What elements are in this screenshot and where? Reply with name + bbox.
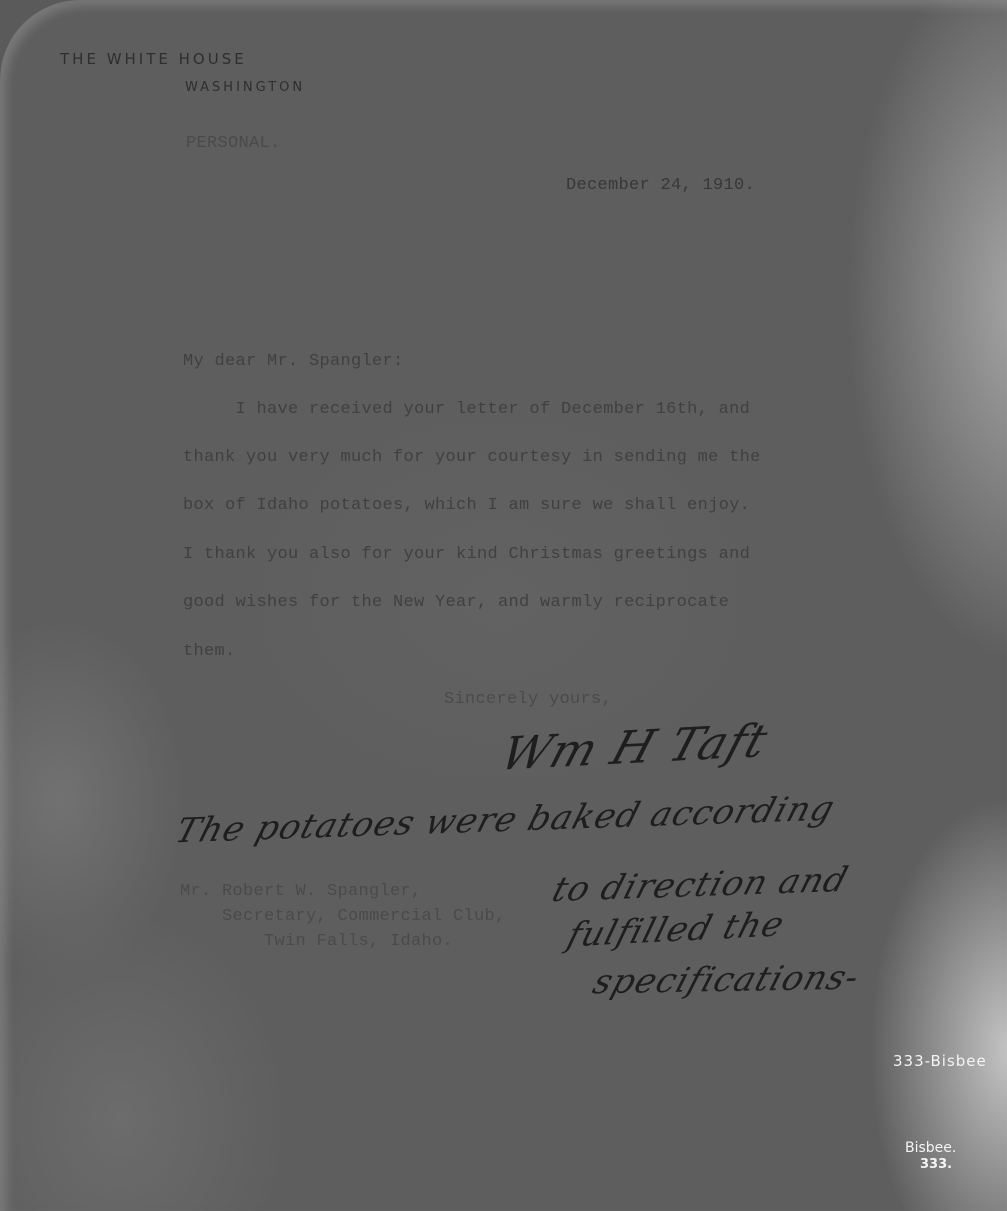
salutation: My dear Mr. Spangler:	[183, 352, 404, 371]
body-line: thank you very much for your courtesy in…	[183, 448, 761, 467]
body-line: I have received your letter of December …	[183, 400, 750, 419]
archive-label-number: 333.	[920, 1157, 952, 1172]
recipient-line: Twin Falls, Idaho.	[180, 932, 453, 951]
letterhead-title: THE WHITE HOUSE	[60, 50, 247, 68]
body-line: box of Idaho potatoes, which I am sure w…	[183, 496, 750, 515]
letterhead-city: WASHINGTON	[185, 80, 305, 95]
body-line: good wishes for the New Year, and warmly…	[183, 593, 729, 612]
letter-date: December 24, 1910.	[566, 176, 755, 195]
body-line: I thank you also for your kind Christmas…	[183, 545, 750, 564]
closing: Sincerely yours,	[444, 690, 612, 709]
archive-label-top: 333-Bisbee	[893, 1052, 987, 1070]
recipient-line: Secretary, Commercial Club,	[180, 907, 506, 926]
archive-label-name: Bisbee.	[905, 1140, 956, 1156]
handwritten-note-line: specifications-	[588, 958, 865, 1003]
recipient-line: Mr. Robert W. Spangler,	[180, 882, 422, 901]
personal-marking: PERSONAL.	[186, 134, 281, 153]
body-line: them.	[183, 642, 236, 661]
